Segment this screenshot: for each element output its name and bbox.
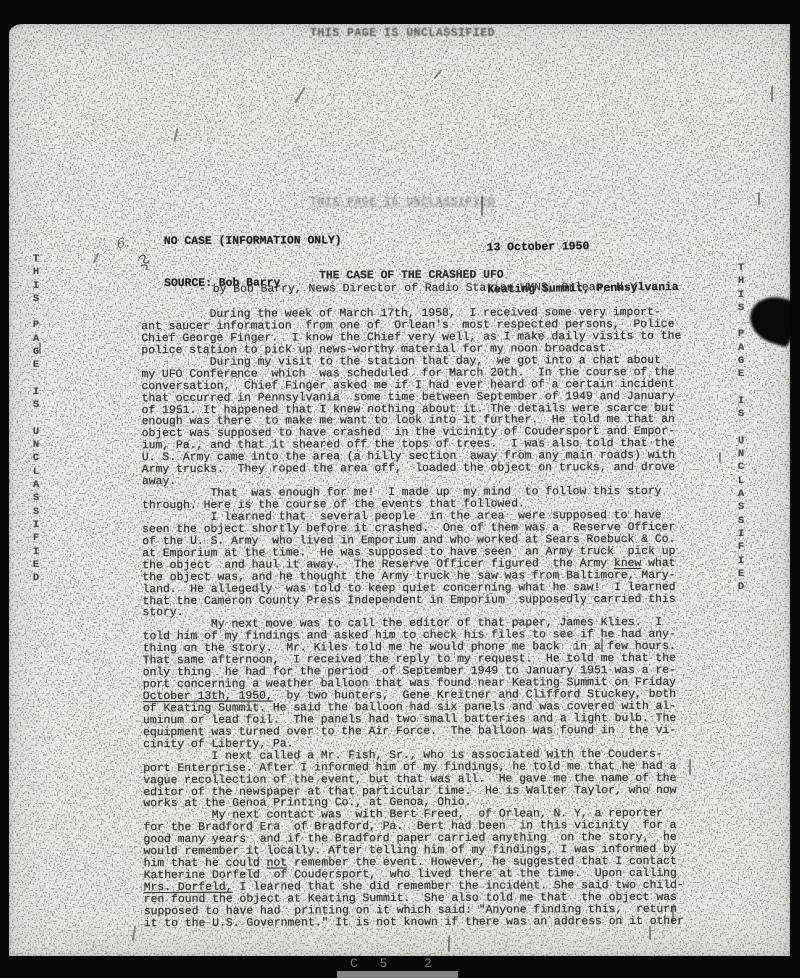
scanned-document-page: THIS PAGE IS UNCLASSIFIED THIS PAGE IS U… bbox=[0, 0, 800, 978]
handwritten-squiggle bbox=[136, 251, 154, 271]
document-byline: - by Bob Barry, News Director of Radio S… bbox=[199, 282, 657, 296]
handwritten-number: 6. bbox=[116, 235, 130, 251]
bottom-bar-mark: C 5 2 bbox=[350, 956, 439, 971]
case-header-block: NO CASE (INFORMATION ONLY) SOURCE: Bob B… bbox=[164, 206, 342, 319]
paper: THIS PAGE IS UNCLASSIFIED THIS PAGE IS U… bbox=[9, 24, 790, 956]
bottom-bar-patch bbox=[337, 971, 458, 978]
text-line: it to the U.S. Government." It is not kn… bbox=[144, 917, 690, 931]
document-title: THE CASE OF THE CRASHED UFO bbox=[319, 270, 504, 283]
case-line: NO CASE (INFORMATION ONLY) bbox=[164, 234, 342, 249]
date-line: 13 October 1950 bbox=[487, 239, 679, 256]
typewritten-content: NO CASE (INFORMATION ONLY) SOURCE: Bob B… bbox=[9, 24, 790, 956]
document-body: During the week of March 17th, 1958, I r… bbox=[141, 308, 690, 931]
text-line: Army trucks. They roped the area off, lo… bbox=[142, 463, 688, 477]
